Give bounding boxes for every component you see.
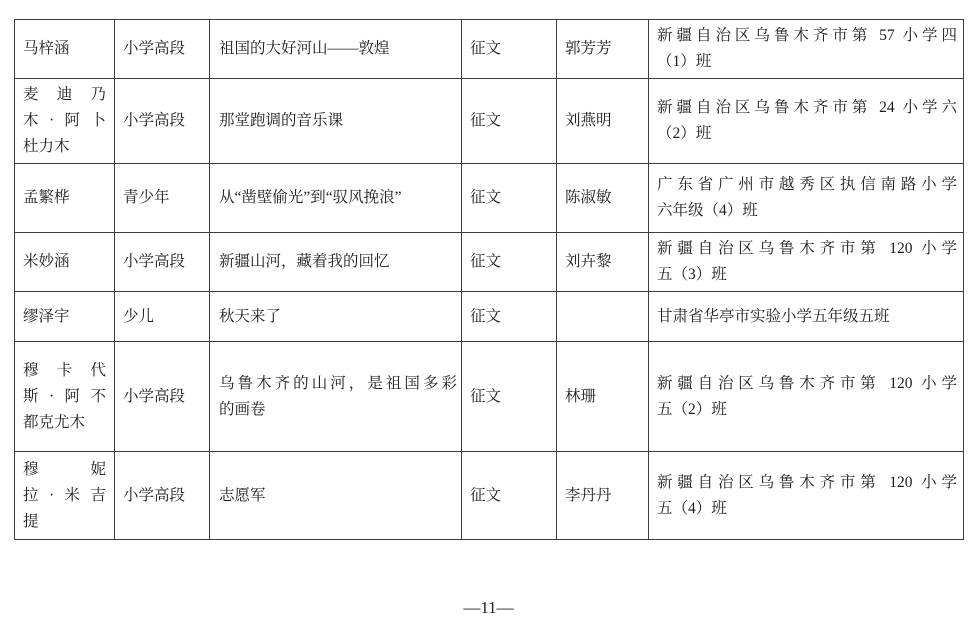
cell-line: 都克尤木 bbox=[23, 410, 106, 436]
cell-line: 五（2）班 bbox=[657, 397, 957, 423]
cell-line: 少儿 bbox=[123, 304, 201, 330]
cell-group: 小学高段 bbox=[115, 452, 210, 540]
cell-line: （1）班 bbox=[657, 49, 957, 75]
cell-type: 征文 bbox=[462, 233, 557, 292]
cell-line: 小学高段 bbox=[123, 483, 201, 509]
cell-line: 缪泽宇 bbox=[23, 304, 106, 330]
cell-school: 新疆自治区乌鲁木齐市第 120 小学五（3）班 bbox=[649, 233, 964, 292]
cell-line: 新疆自治区乌鲁木齐市第 24 小学六 bbox=[657, 95, 957, 121]
cell-line: 征文 bbox=[470, 36, 548, 62]
cell-line: 郭芳芳 bbox=[565, 36, 640, 62]
cell-title: 那堂跑调的音乐课 bbox=[210, 79, 462, 164]
cell-teacher: 郭芳芳 bbox=[557, 20, 649, 79]
cell-line: 林珊 bbox=[565, 384, 640, 410]
cell-name: 穆妮拉·米吉提 bbox=[15, 452, 115, 540]
table-row: 穆妮拉·米吉提小学高段志愿军征文李丹丹新疆自治区乌鲁木齐市第 120 小学五（4… bbox=[15, 452, 964, 540]
cell-type: 征文 bbox=[462, 342, 557, 452]
cell-name: 孟繁桦 bbox=[15, 164, 115, 233]
cell-line: 五（3）班 bbox=[657, 262, 957, 288]
cell-line: 新疆山河，藏着我的回忆 bbox=[219, 249, 457, 275]
cell-line: 提 bbox=[23, 509, 106, 535]
cell-line: 马梓涵 bbox=[23, 36, 106, 62]
cell-line: 新疆自治区乌鲁木齐市第 120 小学 bbox=[657, 371, 957, 397]
cell-type: 征文 bbox=[462, 292, 557, 342]
cell-line: 征文 bbox=[470, 185, 548, 211]
cell-line: 征文 bbox=[470, 108, 548, 134]
cell-line: 穆妮 bbox=[23, 457, 106, 483]
cell-school: 新疆自治区乌鲁木齐市第 120 小学五（4）班 bbox=[649, 452, 964, 540]
cell-line: 征文 bbox=[470, 249, 548, 275]
table-row: 米妙涵小学高段新疆山河，藏着我的回忆征文刘卉黎新疆自治区乌鲁木齐市第 120 小… bbox=[15, 233, 964, 292]
cell-type: 征文 bbox=[462, 164, 557, 233]
cell-type: 征文 bbox=[462, 452, 557, 540]
cell-group: 少儿 bbox=[115, 292, 210, 342]
cell-line: 六年级（4）班 bbox=[657, 198, 957, 224]
cell-line: （2）班 bbox=[657, 121, 957, 147]
cell-line: 从“凿壁偷光”到“驭风挽浪” bbox=[219, 185, 457, 211]
cell-line: 青少年 bbox=[123, 185, 201, 211]
cell-line: 新疆自治区乌鲁木齐市第 120 小学 bbox=[657, 236, 957, 262]
cell-line: 麦迪乃 bbox=[23, 82, 106, 108]
cell-line: 秋天来了 bbox=[219, 304, 457, 330]
cell-school: 新疆自治区乌鲁木齐市第 24 小学六（2）班 bbox=[649, 79, 964, 164]
cell-teacher bbox=[557, 292, 649, 342]
cell-title: 乌鲁木齐的山河，是祖国多彩的画卷 bbox=[210, 342, 462, 452]
document-page: 马梓涵小学高段祖国的大好河山——敦煌征文郭芳芳新疆自治区乌鲁木齐市第 57 小学… bbox=[0, 0, 977, 639]
page-footer: —11— bbox=[0, 597, 977, 619]
cell-line: 新疆自治区乌鲁木齐市第 120 小学 bbox=[657, 470, 957, 496]
cell-title: 秋天来了 bbox=[210, 292, 462, 342]
cell-teacher: 刘燕明 bbox=[557, 79, 649, 164]
contest-entries-table: 马梓涵小学高段祖国的大好河山——敦煌征文郭芳芳新疆自治区乌鲁木齐市第 57 小学… bbox=[14, 19, 964, 540]
cell-teacher: 刘卉黎 bbox=[557, 233, 649, 292]
cell-group: 小学高段 bbox=[115, 20, 210, 79]
cell-group: 小学高段 bbox=[115, 233, 210, 292]
cell-line: 小学高段 bbox=[123, 36, 201, 62]
table-row: 麦迪乃木·阿卜杜力木小学高段那堂跑调的音乐课征文刘燕明新疆自治区乌鲁木齐市第 2… bbox=[15, 79, 964, 164]
cell-line: 李丹丹 bbox=[565, 483, 640, 509]
table-row: 缪泽宇少儿秋天来了征文甘肃省华亭市实验小学五年级五班 bbox=[15, 292, 964, 342]
cell-title: 从“凿壁偷光”到“驭风挽浪” bbox=[210, 164, 462, 233]
cell-title: 新疆山河，藏着我的回忆 bbox=[210, 233, 462, 292]
cell-name: 穆卡代斯·阿不都克尤木 bbox=[15, 342, 115, 452]
cell-teacher: 林珊 bbox=[557, 342, 649, 452]
cell-line: 征文 bbox=[470, 483, 548, 509]
cell-line: 刘燕明 bbox=[565, 108, 640, 134]
cell-line: 木·阿卜 bbox=[23, 108, 106, 134]
cell-school: 新疆自治区乌鲁木齐市第 57 小学四（1）班 bbox=[649, 20, 964, 79]
cell-school: 新疆自治区乌鲁木齐市第 120 小学五（2）班 bbox=[649, 342, 964, 452]
cell-line: 乌鲁木齐的山河，是祖国多彩 bbox=[219, 371, 457, 397]
cell-line: 征文 bbox=[470, 384, 548, 410]
cell-line: 孟繁桦 bbox=[23, 185, 106, 211]
table-row: 穆卡代斯·阿不都克尤木小学高段乌鲁木齐的山河，是祖国多彩的画卷征文林珊新疆自治区… bbox=[15, 342, 964, 452]
cell-line: 斯·阿不 bbox=[23, 384, 106, 410]
cell-line: 广东省广州市越秀区执信南路小学 bbox=[657, 172, 957, 198]
page-number: —11— bbox=[463, 598, 513, 617]
cell-line: 刘卉黎 bbox=[565, 249, 640, 275]
cell-group: 小学高段 bbox=[115, 342, 210, 452]
cell-name: 马梓涵 bbox=[15, 20, 115, 79]
cell-group: 小学高段 bbox=[115, 79, 210, 164]
cell-line: 陈淑敏 bbox=[565, 185, 640, 211]
cell-school: 广东省广州市越秀区执信南路小学六年级（4）班 bbox=[649, 164, 964, 233]
table-row: 孟繁桦青少年从“凿壁偷光”到“驭风挽浪”征文陈淑敏广东省广州市越秀区执信南路小学… bbox=[15, 164, 964, 233]
cell-line: 祖国的大好河山——敦煌 bbox=[219, 36, 457, 62]
cell-line: 拉·米吉 bbox=[23, 483, 106, 509]
cell-line: 的画卷 bbox=[219, 397, 457, 423]
cell-line: 穆卡代 bbox=[23, 358, 106, 384]
cell-line: 小学高段 bbox=[123, 384, 201, 410]
cell-line: 那堂跑调的音乐课 bbox=[219, 108, 457, 134]
cell-group: 青少年 bbox=[115, 164, 210, 233]
cell-type: 征文 bbox=[462, 79, 557, 164]
cell-title: 祖国的大好河山——敦煌 bbox=[210, 20, 462, 79]
table-row: 马梓涵小学高段祖国的大好河山——敦煌征文郭芳芳新疆自治区乌鲁木齐市第 57 小学… bbox=[15, 20, 964, 79]
cell-line: 小学高段 bbox=[123, 108, 201, 134]
cell-teacher: 陈淑敏 bbox=[557, 164, 649, 233]
cell-type: 征文 bbox=[462, 20, 557, 79]
cell-name: 麦迪乃木·阿卜杜力木 bbox=[15, 79, 115, 164]
cell-title: 志愿军 bbox=[210, 452, 462, 540]
cell-name: 缪泽宇 bbox=[15, 292, 115, 342]
cell-line: 志愿军 bbox=[219, 483, 457, 509]
cell-line: 杜力木 bbox=[23, 134, 106, 160]
cell-line: 甘肃省华亭市实验小学五年级五班 bbox=[657, 304, 957, 330]
cell-line: 五（4）班 bbox=[657, 496, 957, 522]
cell-teacher: 李丹丹 bbox=[557, 452, 649, 540]
cell-line: 小学高段 bbox=[123, 249, 201, 275]
cell-line: 征文 bbox=[470, 304, 548, 330]
contest-entries-table-body: 马梓涵小学高段祖国的大好河山——敦煌征文郭芳芳新疆自治区乌鲁木齐市第 57 小学… bbox=[15, 20, 964, 540]
cell-line: 米妙涵 bbox=[23, 249, 106, 275]
cell-school: 甘肃省华亭市实验小学五年级五班 bbox=[649, 292, 964, 342]
cell-name: 米妙涵 bbox=[15, 233, 115, 292]
cell-line: 新疆自治区乌鲁木齐市第 57 小学四 bbox=[657, 23, 957, 49]
